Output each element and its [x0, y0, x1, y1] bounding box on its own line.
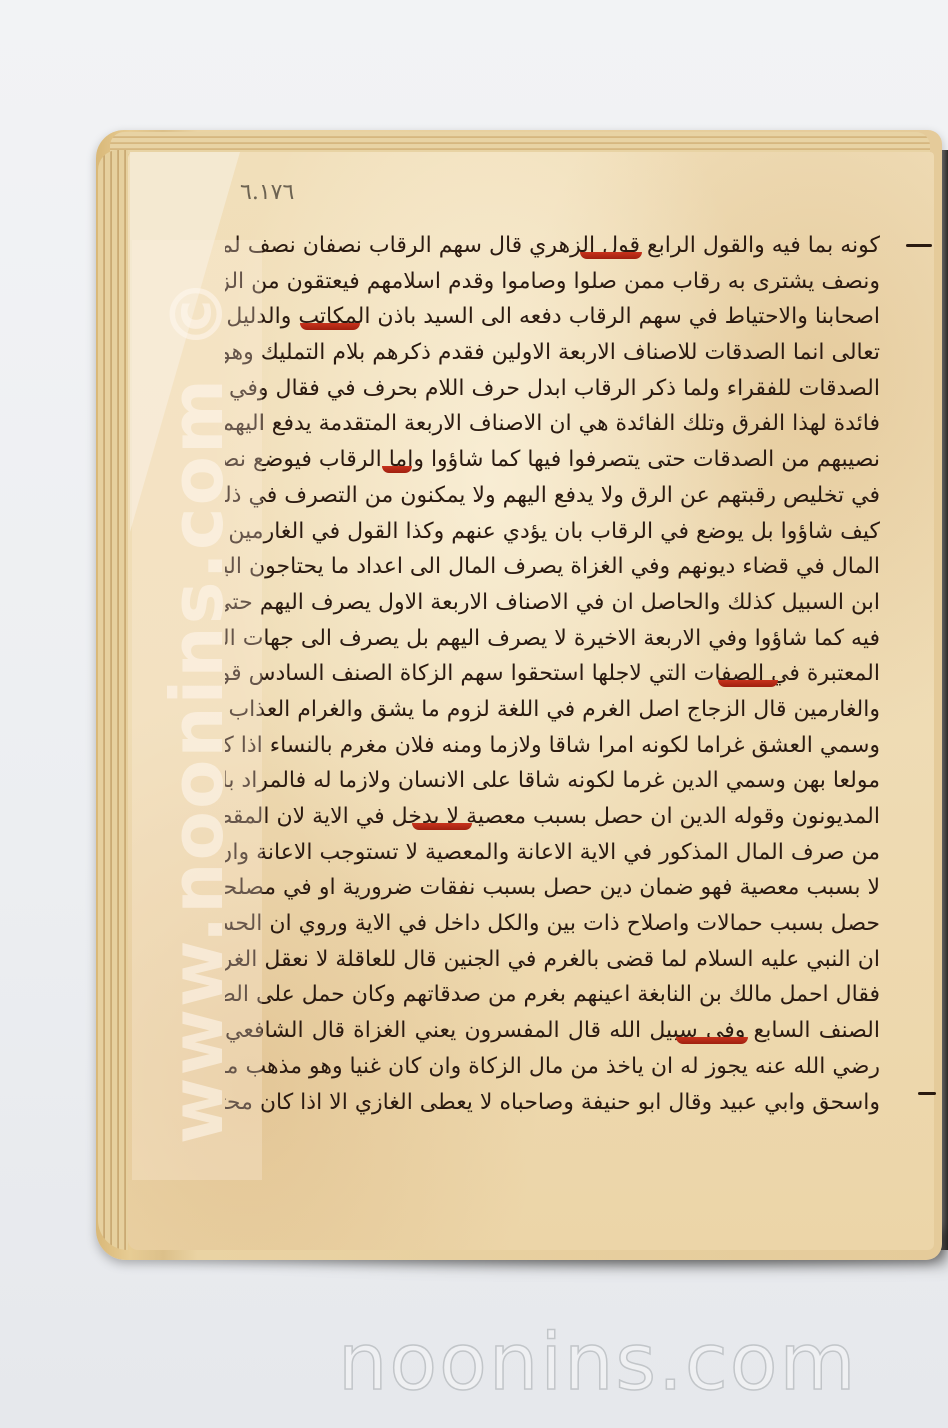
line-text: فقال احمل مالك بن النابغة اعينهم بغرم من… [225, 982, 880, 1007]
red-rubric-stroke [382, 466, 412, 473]
page-edges-top [110, 132, 930, 154]
manuscript-line: رضي الله عنه يجوز له ان ياخذ من مال الزك… [225, 1049, 880, 1085]
line-text: تعالى انما الصدقات للاصناف الاربعة الاول… [225, 340, 880, 365]
line-text: المعتبرة في الصفات التي لاجلها استحقوا س… [225, 661, 880, 686]
manuscript-line: مولعا بهن وسمي الدين غرما لكونه شاقا على… [225, 763, 880, 799]
line-text: فائدة لهذا الفرق وتلك الفائدة هي ان الاص… [225, 411, 880, 436]
manuscript-line: وسمي العشق غراما لكونه امرا شاقا ولازما … [225, 728, 880, 764]
manuscript-line: في تخليص رقبتهم عن الرق ولا يدفع اليهم و… [225, 478, 880, 514]
line-text: مولعا بهن وسمي الدين غرما لكونه شاقا على… [225, 768, 880, 793]
manuscript-line: فائدة لهذا الفرق وتلك الفائدة هي ان الاص… [225, 406, 880, 442]
manuscript-line: كونه بما فيه والقول الرابع قول الزهري قا… [225, 228, 880, 264]
red-rubric-stroke [412, 823, 472, 830]
line-text: نصيبهم من الصدقات حتى يتصرفوا فيها كما ش… [225, 447, 880, 472]
manuscript-line: الصدقات للفقراء ولما ذكر الرقاب ابدل حرف… [225, 371, 880, 407]
line-text: رضي الله عنه يجوز له ان ياخذ من مال الزك… [225, 1054, 880, 1079]
red-rubric-stroke [718, 680, 778, 687]
line-text: من صرف المال المذكور في الاية الاعانة وا… [225, 840, 880, 865]
line-text: الصنف السابع وفي سبيل الله قال المفسرون … [225, 1018, 880, 1043]
manuscript-line: فقال احمل مالك بن النابغة اعينهم بغرم من… [225, 977, 880, 1013]
line-text: حصل بسبب حمالات واصلاح ذات بين والكل داخ… [225, 911, 880, 936]
manuscript-line: المديونون وقوله الدين ان حصل بسبب معصية … [225, 799, 880, 835]
red-rubric-stroke [580, 252, 642, 259]
manuscript-text: كونه بما فيه والقول الرابع قول الزهري قا… [225, 228, 880, 1120]
manuscript-line: واسحق وابي عبيد وقال ابو حنيفة وصاحباه ل… [225, 1085, 880, 1121]
margin-mark [906, 244, 932, 247]
manuscript-line: الصنف السابع وفي سبيل الله قال المفسرون … [225, 1013, 880, 1049]
bottom-watermark: noonins.com [338, 1318, 857, 1408]
line-text: كيف شاؤوا بل يوضع في الرقاب بان يؤدي عنه… [225, 519, 880, 544]
folio-number: ٦.١٧٦ [240, 180, 294, 205]
red-rubric-stroke [676, 1037, 748, 1044]
line-text: المديونون وقوله الدين ان حصل بسبب معصية … [225, 804, 880, 829]
manuscript-line: تعالى انما الصدقات للاصناف الاربعة الاول… [225, 335, 880, 371]
manuscript-line: كيف شاؤوا بل يوضع في الرقاب بان يؤدي عنه… [225, 514, 880, 550]
line-text: والغارمين قال الزجاج اصل الغرم في اللغة … [225, 697, 880, 722]
line-text: الصدقات للفقراء ولما ذكر الرقاب ابدل حرف… [225, 376, 880, 401]
folio-main: ١٧٦ [259, 180, 294, 205]
manuscript-line: اصحابنا والاحتياط في سهم الرقاب دفعه الى… [225, 299, 880, 335]
line-text: ان النبي عليه السلام لما قضى بالغرم في ا… [225, 947, 880, 972]
line-text: وسمي العشق غراما لكونه امرا شاقا ولازما … [225, 733, 880, 758]
line-text: فيه كما شاؤوا وفي الاربعة الاخيرة لا يصر… [225, 626, 880, 651]
manuscript-line: ابن السبيل كذلك والحاصل ان في الاصناف ال… [225, 585, 880, 621]
manuscript-line: والغارمين قال الزجاج اصل الغرم في اللغة … [225, 692, 880, 728]
page-edges-left [98, 150, 128, 1250]
manuscript-line: المال في قضاء ديونهم وفي الغزاة يصرف الم… [225, 549, 880, 585]
manuscript-line: ونصف يشترى به رقاب ممن صلوا وصاموا وقدم … [225, 264, 880, 300]
line-text: المال في قضاء ديونهم وفي الغزاة يصرف الم… [225, 554, 880, 579]
manuscript-line: نصيبهم من الصدقات حتى يتصرفوا فيها كما ش… [225, 442, 880, 478]
manuscript-line: لا بسبب معصية فهو ضمان دين حصل بسبب نفقا… [225, 870, 880, 906]
manuscript-line: حصل بسبب حمالات واصلاح ذات بين والكل داخ… [225, 906, 880, 942]
manuscript-line: فيه كما شاؤوا وفي الاربعة الاخيرة لا يصر… [225, 621, 880, 657]
line-text: واسحق وابي عبيد وقال ابو حنيفة وصاحباه ل… [225, 1090, 880, 1115]
folio-suffix: ٦ [240, 180, 252, 205]
vertical-watermark: www.noonins.com © [155, 276, 239, 1144]
manuscript-line: المعتبرة في الصفات التي لاجلها استحقوا س… [225, 656, 880, 692]
line-text: كونه بما فيه والقول الرابع قول الزهري قا… [225, 233, 880, 258]
margin-mark [918, 1092, 936, 1095]
manuscript-line: من صرف المال المذكور في الاية الاعانة وا… [225, 835, 880, 871]
line-text: لا بسبب معصية فهو ضمان دين حصل بسبب نفقا… [225, 875, 880, 900]
red-rubric-stroke [300, 323, 360, 330]
line-text: ابن السبيل كذلك والحاصل ان في الاصناف ال… [225, 590, 880, 615]
manuscript-line: ان النبي عليه السلام لما قضى بالغرم في ا… [225, 942, 880, 978]
line-text: في تخليص رقبتهم عن الرق ولا يدفع اليهم و… [225, 483, 880, 508]
line-text: ونصف يشترى به رقاب ممن صلوا وصاموا وقدم … [225, 269, 880, 294]
